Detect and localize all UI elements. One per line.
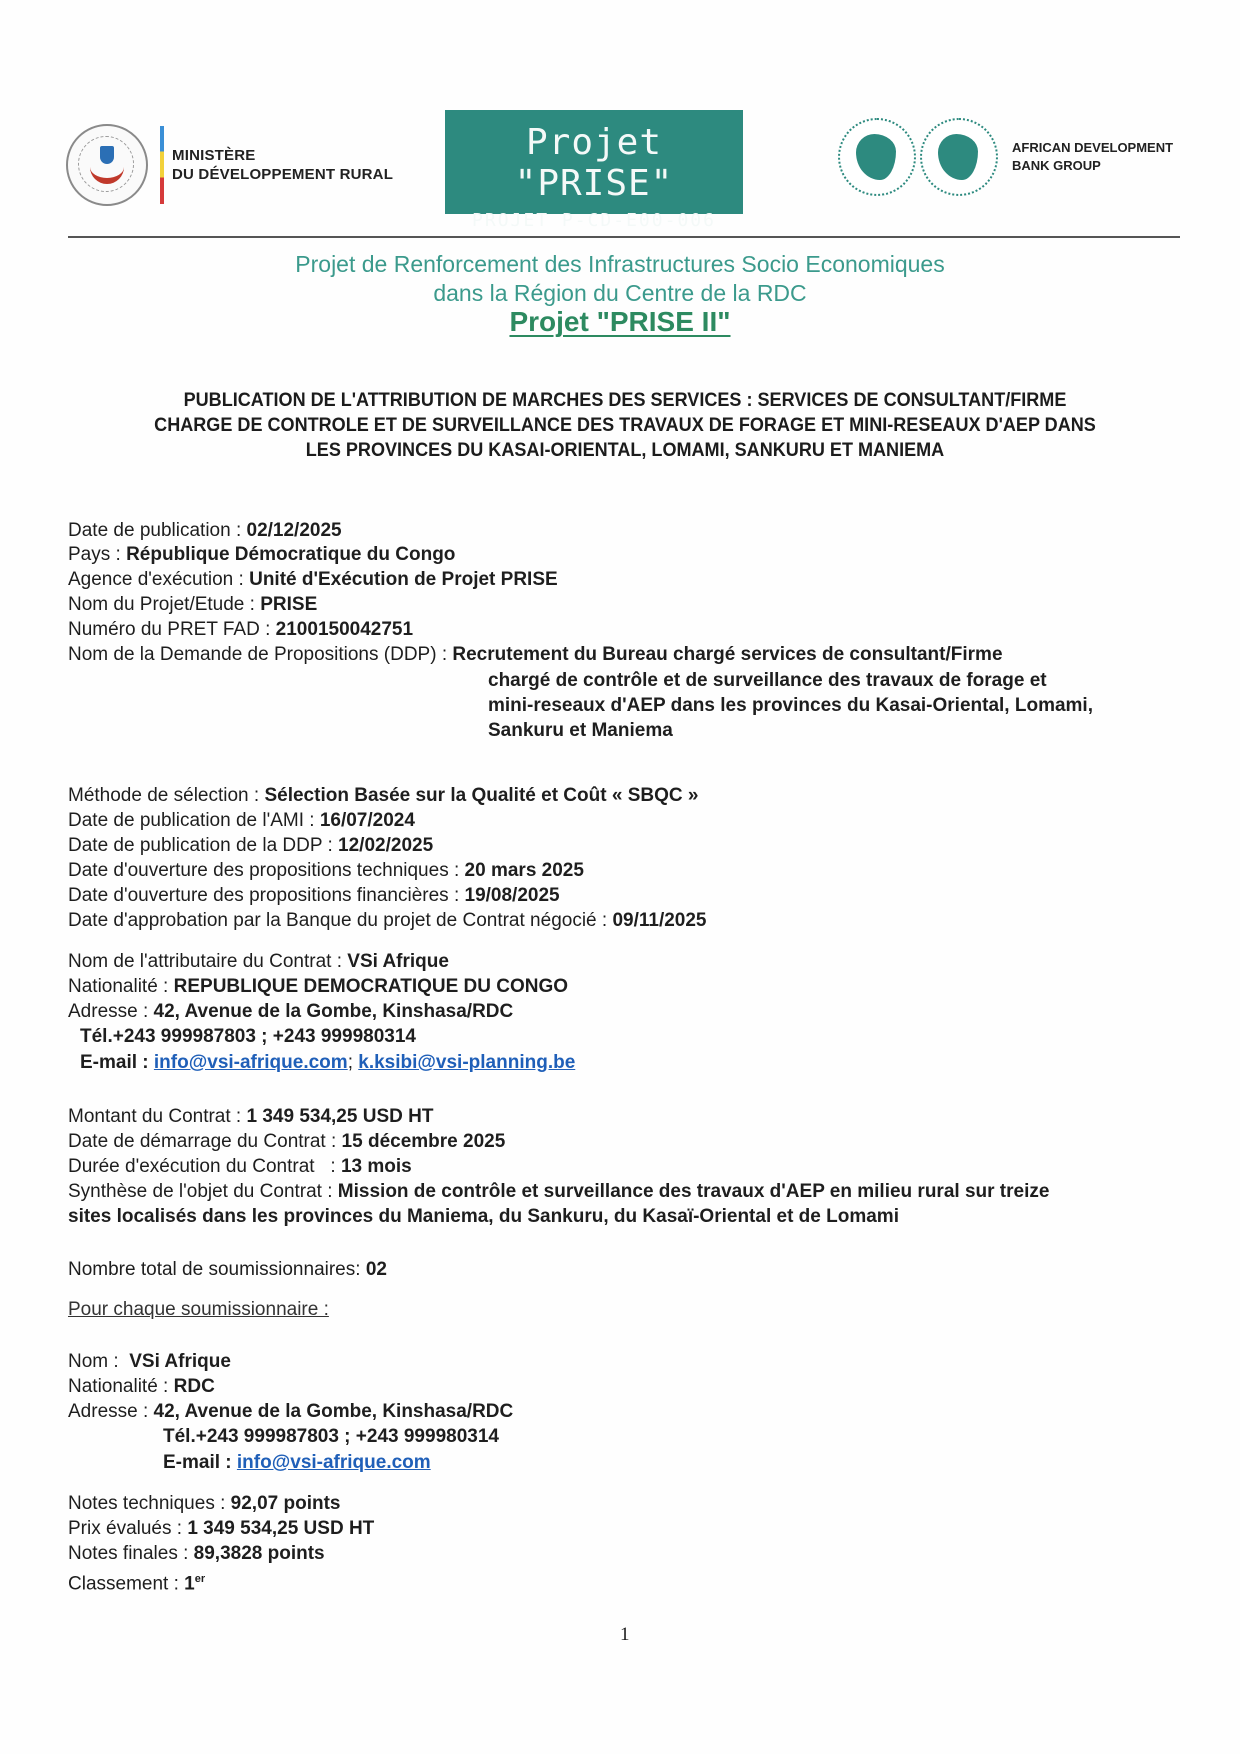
field-tech-opening-date: Date d'ouverture des propositions techni… — [68, 859, 584, 883]
field-evaluated-price: Prix évalués : 1 349 534,25 USD HT — [68, 1517, 374, 1541]
subtitle-line-1: Projet de Renforcement des Infrastructur… — [120, 250, 1120, 279]
field-label: Adresse : — [68, 1001, 154, 1022]
field-label: Date de publication de l'AMI : — [68, 810, 320, 831]
project-short-title-text: Projet "PRISE II" — [509, 306, 730, 337]
flag-bar-icon — [160, 126, 164, 204]
field-value: RDC — [174, 1376, 215, 1397]
field-project-name: Nom du Projet/Etude : PRISE — [68, 593, 317, 617]
field-value: 12/02/2025 — [338, 835, 433, 856]
field-awardee-phone: Tél.+243 999987803 ; +243 999980314 — [80, 1025, 416, 1049]
field-value: 19/08/2025 — [465, 885, 560, 906]
field-label: Nationalité : — [68, 1376, 174, 1397]
field-value: Tél.+243 999987803 ; +243 999980314 — [163, 1426, 499, 1447]
rfp-continuation-line: chargé de contrôle et de surveillance de… — [488, 668, 1093, 693]
email-link-bidder[interactable]: info@vsi-afrique.com — [237, 1452, 431, 1473]
letterhead: MINISTÈRE DU DÉVELOPPEMENT RURAL Projet … — [60, 110, 1180, 220]
project-short-title: Projet "PRISE II" — [120, 306, 1120, 338]
field-value: 1 349 534,25 USD HT — [247, 1106, 434, 1127]
field-value: République Démocratique du Congo — [126, 544, 455, 565]
field-value: 15 décembre 2025 — [342, 1131, 506, 1152]
project-full-name: Projet de Renforcement des Infrastructur… — [120, 250, 1120, 308]
ministry-logo-block: MINISTÈRE DU DÉVELOPPEMENT RURAL — [66, 124, 393, 206]
ministry-name: MINISTÈRE DU DÉVELOPPEMENT RURAL — [172, 146, 393, 184]
field-label: Adresse : — [68, 1401, 154, 1422]
field-label: Date de publication : — [68, 520, 247, 541]
field-label: Montant du Contrat : — [68, 1106, 247, 1127]
section-heading: Pour chaque soumissionnaire : — [68, 1299, 329, 1320]
field-value: Sélection Basée sur la Qualité et Coût «… — [264, 785, 698, 806]
field-awardee-email: E-mail : info@vsi-afrique.com; k.ksibi@v… — [80, 1051, 575, 1075]
field-value: Tél.+243 999987803 ; +243 999980314 — [80, 1026, 416, 1047]
field-value: REPUBLIQUE DEMOCRATIQUE DU CONGO — [174, 976, 568, 997]
field-value: 89,3828 points — [194, 1543, 325, 1564]
field-awardee-address: Adresse : 42, Avenue de la Gombe, Kinsha… — [68, 1000, 513, 1024]
field-technical-score: Notes techniques : 92,07 points — [68, 1492, 340, 1516]
field-label: Pays : — [68, 544, 126, 565]
field-bidder-address: Adresse : 42, Avenue de la Gombe, Kinsha… — [68, 1400, 513, 1424]
field-label: Prix évalués : — [68, 1518, 187, 1539]
email-link-info[interactable]: info@vsi-afrique.com — [154, 1052, 348, 1073]
rank-superscript: er — [195, 1573, 205, 1585]
field-value: 13 mois — [341, 1156, 412, 1177]
afdb-line-2: BANK GROUP — [1012, 157, 1173, 175]
field-value: PRISE — [260, 594, 317, 615]
field-value: 02/12/2025 — [247, 520, 342, 541]
publication-title-line-2: CHARGE DE CONTROLE ET DE SURVEILLANCE DE… — [98, 413, 1153, 438]
email-separator: ; — [348, 1052, 359, 1073]
field-value: VSi Afrique — [347, 951, 449, 972]
ministry-line-1: MINISTÈRE — [172, 146, 393, 165]
header-divider — [68, 236, 1180, 238]
field-value: 42, Avenue de la Gombe, Kinshasa/RDC — [154, 1401, 514, 1422]
project-box-code: PROJET P-CD-E00-006 — [445, 210, 743, 231]
field-value: 1 349 534,25 USD HT — [187, 1518, 374, 1539]
field-label: Nom du Projet/Etude : — [68, 594, 260, 615]
field-label: Synthèse de l'objet du Contrat : — [68, 1181, 338, 1202]
field-contract-duration: Durée d'exécution du Contrat : 13 mois — [68, 1155, 412, 1179]
field-label: E-mail : — [80, 1052, 154, 1073]
field-value: 92,07 points — [231, 1493, 341, 1514]
field-value: 42, Avenue de la Gombe, Kinshasa/RDC — [154, 1001, 514, 1022]
field-value: Recrutement du Bureau chargé services de… — [452, 644, 1002, 665]
field-label: Numéro du PRET FAD : — [68, 619, 276, 640]
afdb-line-1: AFRICAN DEVELOPMENT — [1012, 139, 1173, 157]
email-link-ksibi[interactable]: k.ksibi@vsi-planning.be — [358, 1052, 575, 1073]
field-value: 02 — [366, 1259, 387, 1280]
field-label: Date de publication de la DDP : — [68, 835, 338, 856]
field-bidder-count: Nombre total de soumissionnaires: 02 — [68, 1258, 387, 1282]
subtitle-line-2: dans la Région du Centre de la RDC — [120, 279, 1120, 308]
drc-seal-icon — [66, 124, 148, 206]
afdb-globe-icon — [838, 118, 916, 196]
field-awardee-nationality: Nationalité : REPUBLIQUE DEMOCRATIQUE DU… — [68, 975, 568, 999]
field-bidder-nationality: Nationalité : RDC — [68, 1375, 215, 1399]
publication-title-line-1: PUBLICATION DE L'ATTRIBUTION DE MARCHES … — [98, 388, 1153, 413]
field-label: Notes techniques : — [68, 1493, 231, 1514]
field-label: Notes finales : — [68, 1543, 194, 1564]
africa-map-icon-2 — [938, 134, 978, 180]
field-fin-opening-date: Date d'ouverture des propositions financ… — [68, 884, 560, 908]
field-label: Méthode de sélection : — [68, 785, 264, 806]
afdb-globe-icon-2 — [920, 118, 998, 196]
field-value: Unité d'Exécution de Projet PRISE — [249, 569, 558, 590]
field-value: 1 — [184, 1573, 195, 1594]
field-label: Nom de la Demande de Propositions (DDP) … — [68, 644, 452, 665]
field-ami-date: Date de publication de l'AMI : 16/07/202… — [68, 809, 415, 833]
field-bidder-email: E-mail : info@vsi-afrique.com — [163, 1451, 431, 1475]
field-rfp-name: Nom de la Demande de Propositions (DDP) … — [68, 643, 1003, 667]
field-value: VSi Afrique — [129, 1351, 231, 1372]
field-label: E-mail : — [163, 1452, 237, 1473]
field-value: 2100150042751 — [276, 619, 413, 640]
field-country: Pays : République Démocratique du Congo — [68, 543, 455, 567]
field-selection-method: Méthode de sélection : Sélection Basée s… — [68, 784, 698, 808]
page-number: 1 — [620, 1624, 630, 1646]
field-contract-start: Date de démarrage du Contrat : 15 décemb… — [68, 1130, 505, 1154]
field-bidder-name: Nom : VSi Afrique — [68, 1350, 231, 1374]
publication-title-line-3: LES PROVINCES DU KASAI-ORIENTAL, LOMAMI,… — [98, 438, 1153, 463]
field-label: Agence d'exécution : — [68, 569, 249, 590]
field-ddp-date: Date de publication de la DDP : 12/02/20… — [68, 834, 433, 858]
field-loan-number: Numéro du PRET FAD : 2100150042751 — [68, 618, 413, 642]
field-label: Nationalité : — [68, 976, 174, 997]
field-label: Nom de l'attributaire du Contrat : — [68, 951, 347, 972]
field-value: 20 mars 2025 — [465, 860, 584, 881]
field-label: Nombre total de soumissionnaires: — [68, 1259, 366, 1280]
rfp-continuation-line: Sankuru et Maniema — [488, 718, 1093, 743]
field-final-score: Notes finales : 89,3828 points — [68, 1542, 325, 1566]
field-contract-summary: Synthèse de l'objet du Contrat : Mission… — [68, 1180, 1049, 1204]
field-label: Date d'ouverture des propositions techni… — [68, 860, 465, 881]
seal-shield-icon — [100, 146, 114, 164]
field-value: 09/11/2025 — [612, 910, 706, 931]
project-logo-box: Projet "PRISE" PROJET P-CD-E00-006 — [445, 110, 743, 214]
field-value: 16/07/2024 — [320, 810, 415, 831]
field-approval-date: Date d'approbation par la Banque du proj… — [68, 909, 707, 933]
field-contract-summary-cont: sites localisés dans les provinces du Ma… — [68, 1205, 899, 1229]
africa-map-icon — [856, 134, 896, 180]
afdb-name: AFRICAN DEVELOPMENT BANK GROUP — [1012, 139, 1173, 175]
rfp-continuation-line: mini-reseaux d'AEP dans les provinces du… — [488, 693, 1093, 718]
field-contract-amount: Montant du Contrat : 1 349 534,25 USD HT — [68, 1105, 433, 1129]
field-publication-date: Date de publication : 02/12/2025 — [68, 519, 342, 543]
field-value: Mission de contrôle et surveillance des … — [338, 1181, 1050, 1202]
field-label: Date d'approbation par la Banque du proj… — [68, 910, 612, 931]
publication-title: PUBLICATION DE L'ATTRIBUTION DE MARCHES … — [98, 388, 1153, 463]
field-label: Classement : — [68, 1573, 184, 1594]
field-awardee-name: Nom de l'attributaire du Contrat : VSi A… — [68, 950, 449, 974]
field-label: Date d'ouverture des propositions financ… — [68, 885, 465, 906]
ministry-line-2: DU DÉVELOPPEMENT RURAL — [172, 165, 393, 184]
field-label: Date de démarrage du Contrat : — [68, 1131, 342, 1152]
field-bidder-phone: Tél.+243 999987803 ; +243 999980314 — [163, 1425, 499, 1449]
project-box-title: Projet "PRISE" — [445, 122, 743, 204]
document-page: MINISTÈRE DU DÉVELOPPEMENT RURAL Projet … — [0, 0, 1240, 1754]
field-label: Nom : — [68, 1351, 129, 1372]
field-value: sites localisés dans les provinces du Ma… — [68, 1206, 899, 1227]
bidders-section-heading: Pour chaque soumissionnaire : — [68, 1298, 329, 1322]
field-executing-agency: Agence d'exécution : Unité d'Exécution d… — [68, 568, 558, 592]
field-ranking: Classement : 1er — [68, 1567, 205, 1596]
afdb-logo-block: AFRICAN DEVELOPMENT BANK GROUP — [838, 118, 1173, 196]
field-label: Durée d'exécution du Contrat : — [68, 1156, 341, 1177]
rfp-name-continuation: chargé de contrôle et de surveillance de… — [488, 668, 1093, 743]
